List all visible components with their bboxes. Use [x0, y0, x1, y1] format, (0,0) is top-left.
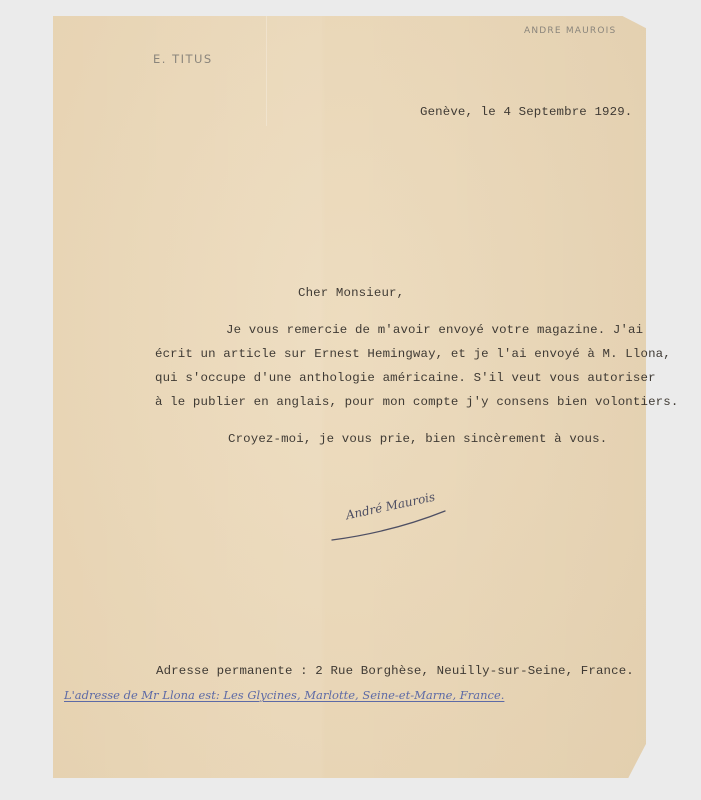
pencil-annotation-recipient: E. TITUS — [153, 52, 213, 66]
handwritten-llona-address: L'adresse de Mr Llona est: Les Glycines,… — [64, 688, 504, 702]
body-line-3: qui s'occupe d'une anthologie américaine… — [155, 371, 656, 385]
body-line-4: à le publier en anglais, pour mon compte… — [155, 395, 678, 409]
dateline: Genève, le 4 Septembre 1929. — [420, 105, 632, 119]
body-line-1: Je vous remercie de m'avoir envoyé votre… — [226, 323, 643, 337]
pencil-annotation-author: ANDRE MAUROIS — [524, 26, 616, 36]
body-line-2: écrit un article sur Ernest Hemingway, e… — [155, 347, 671, 361]
signature-flourish — [330, 505, 450, 545]
paper-fold-line — [266, 16, 267, 126]
closing: Croyez-moi, je vous prie, bien sincèreme… — [228, 432, 607, 446]
permanent-address: Adresse permanente : 2 Rue Borghèse, Neu… — [156, 664, 634, 678]
salutation: Cher Monsieur, — [298, 286, 404, 300]
